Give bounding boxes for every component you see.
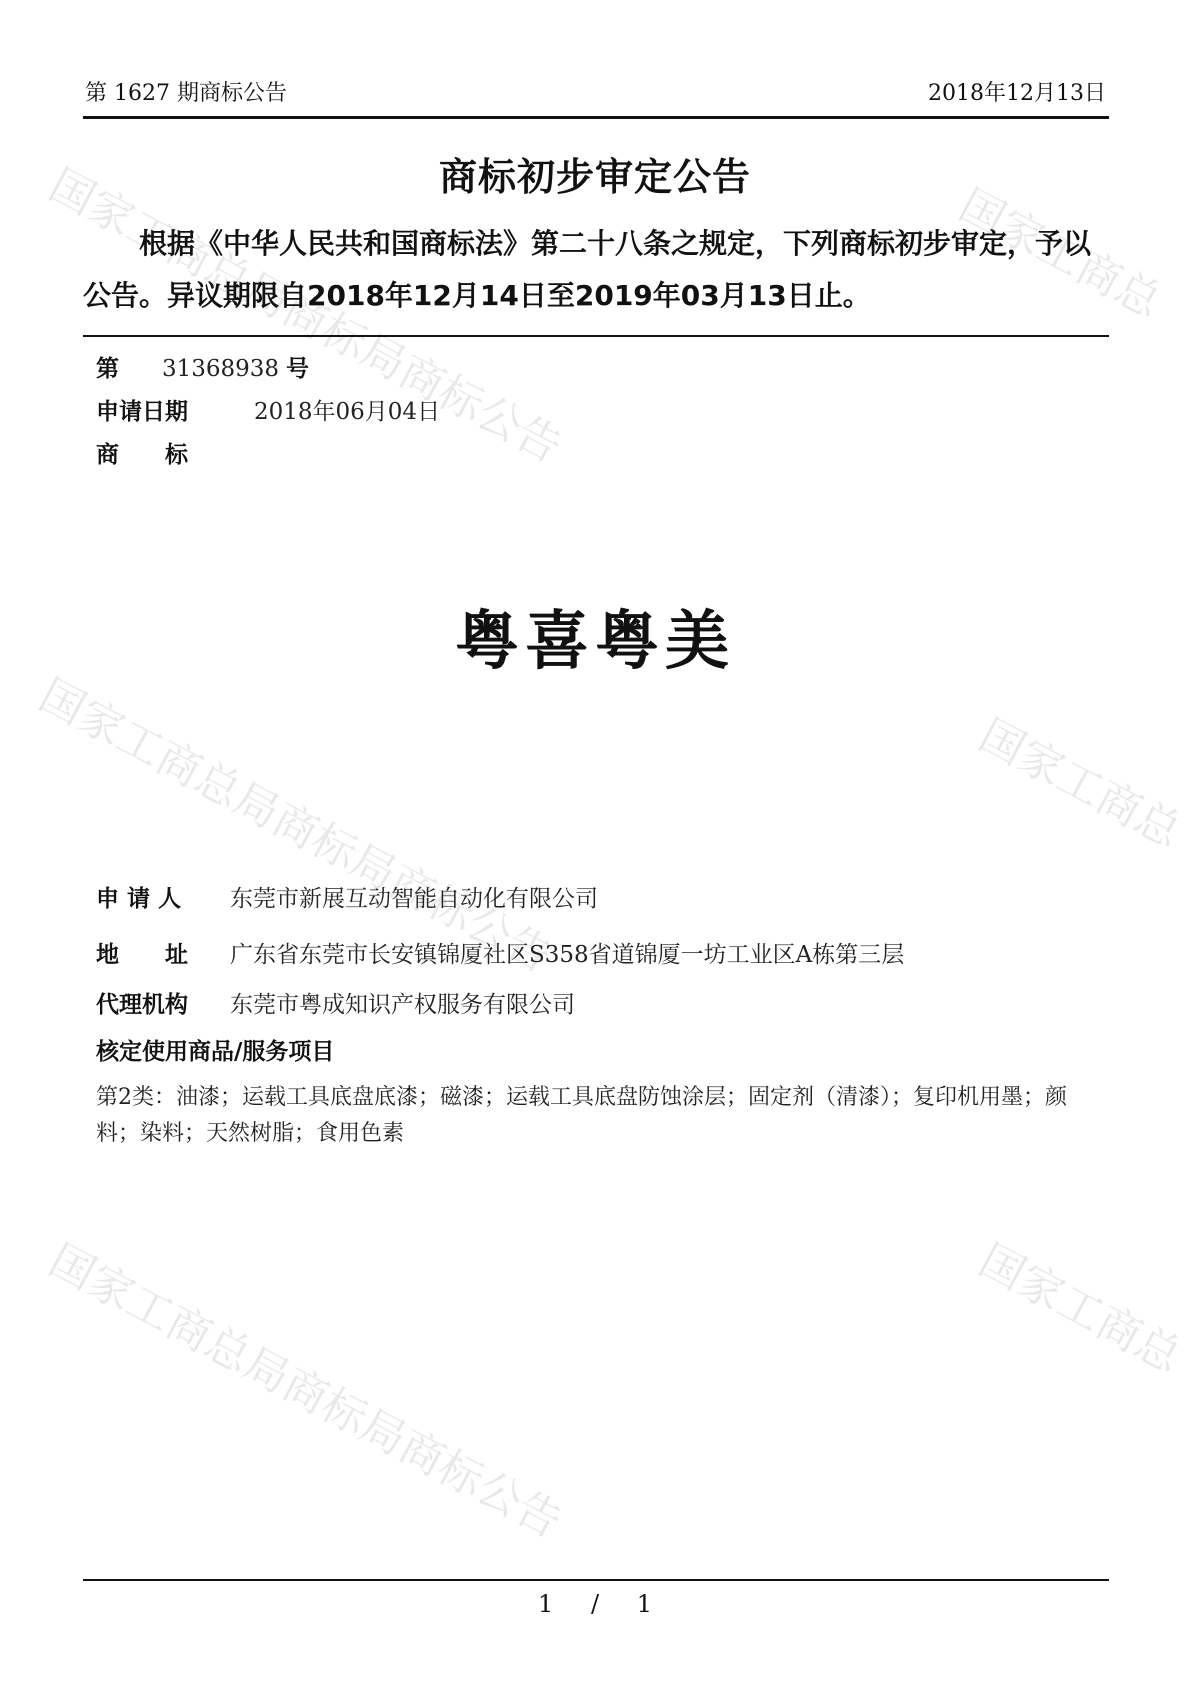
watermark: 国家工商总局商标局商标公告 (40, 1225, 575, 1550)
page-separator: / (591, 1590, 599, 1618)
watermark: 国家工商总 (970, 1225, 1190, 1385)
number-prefix: 第 (96, 350, 162, 383)
mark-label: 商 标 (96, 436, 188, 469)
trademark-image: 粤喜粤美 (0, 590, 1190, 682)
intro-paragraph: 根据《中华人民共和国商标法》第二十八条之规定，下列商标初步审定，予以公告。异议期… (83, 218, 1113, 322)
agent-label: 代理机构 (96, 986, 230, 1019)
issue-number: 第 1627 期商标公告 (85, 76, 287, 107)
address-label: 地 址 (96, 936, 230, 969)
current-page: 1 (538, 1590, 553, 1618)
registration-number-row: 第 31368938 号 (96, 350, 309, 383)
footer-divider (83, 1579, 1109, 1581)
application-date: 2018年06月04日 (254, 393, 440, 426)
applicant-label: 申 请 人 (96, 880, 230, 913)
application-date-label: 申请日期 (96, 393, 254, 426)
header-divider (83, 116, 1109, 119)
agent: 东莞市粤成知识产权服务有限公司 (230, 986, 575, 1019)
mark-row: 商 标 (96, 436, 188, 469)
number-suffix: 号 (286, 350, 309, 383)
applicant: 东莞市新展互动智能自动化有限公司 (230, 880, 598, 913)
agent-row: 代理机构 东莞市粤成知识产权服务有限公司 (96, 986, 575, 1019)
goods-services-label: 核定使用商品/服务项目 (96, 1033, 334, 1066)
watermark: 国家工商总 (970, 700, 1190, 860)
registration-number: 31368938 (162, 356, 286, 382)
total-pages: 1 (637, 1590, 652, 1618)
page-title: 商标初步审定公告 (0, 146, 1190, 201)
goods-services-list: 第2类：油漆；运载工具底盘底漆；磁漆；运载工具底盘防蚀涂层；固定剂（清漆）；复印… (96, 1080, 1106, 1152)
section-divider (83, 335, 1109, 337)
page-indicator: 1 / 1 (0, 1590, 1190, 1618)
applicant-row: 申 请 人 东莞市新展互动智能自动化有限公司 (96, 880, 598, 913)
address-row: 地 址 广东省东莞市长安镇锦厦社区S358省道锦厦一坊工业区A栋第三层 (96, 936, 904, 969)
application-date-row: 申请日期 2018年06月04日 (96, 393, 440, 426)
address: 广东省东莞市长安镇锦厦社区S358省道锦厦一坊工业区A栋第三层 (230, 936, 904, 969)
issue-date: 2018年12月13日 (928, 76, 1106, 107)
